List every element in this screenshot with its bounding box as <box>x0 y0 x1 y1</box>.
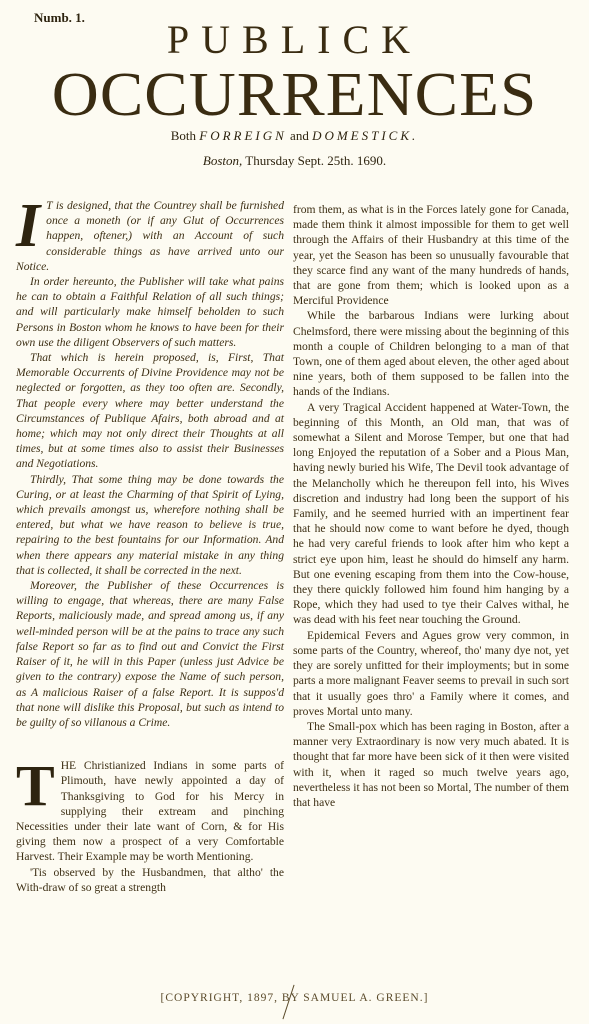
article-paragraph: Moreover, the Publisher of these Occurre… <box>16 578 284 730</box>
article-paragraph: A very Tragical Accident happened at Wat… <box>293 400 569 628</box>
article-paragraph: While the barbarous Indians were lurking… <box>293 308 569 399</box>
newspaper-page: Numb. 1. PUBLICK OCCURRENCES Both FORREI… <box>0 0 589 1024</box>
subtitle-foreign: FORREIGN <box>199 128 287 143</box>
masthead-title-occurrences: OCCURRENCES <box>0 64 589 126</box>
subtitle-and: and <box>290 128 309 143</box>
masthead-subtitle: Both FORREIGN and DOMESTICK. <box>0 128 589 144</box>
article-paragraph: In order hereunto, the Publisher will ta… <box>16 274 284 350</box>
subtitle-domestic: DOMESTICK. <box>312 128 418 143</box>
left-column: IT is designed, that the Countrey shall … <box>16 198 284 895</box>
article-paragraph: The Small-pox which has been raging in B… <box>293 719 569 810</box>
subtitle-prefix: Both <box>171 128 196 143</box>
dateline: Boston, Thursday Sept. 25th. 1690. <box>0 153 589 169</box>
drop-cap-t: T <box>16 762 55 810</box>
article-paragraph: 'Tis observed by the Husbandmen, that al… <box>16 865 284 895</box>
drop-cap-i: I <box>16 200 40 252</box>
article-paragraph: That which is herein proposed, is, First… <box>16 350 284 472</box>
dateline-date: Thursday Sept. 25th. 1690. <box>245 153 386 168</box>
article-paragraph: from them, as what is in the Forces late… <box>293 202 569 308</box>
copyright-footer: [COPYRIGHT, 1897, BY SAMUEL A. GREEN.] <box>0 992 589 1004</box>
thanksgiving-article: THE Christianized Indians in some parts … <box>16 758 284 895</box>
right-column: from them, as what is in the Forces late… <box>293 202 569 810</box>
article-paragraph: THE Christianized Indians in some parts … <box>16 758 284 864</box>
article-paragraph: Thirdly, That some thing may be done tow… <box>16 472 284 578</box>
dateline-place: Boston, <box>203 153 242 168</box>
article-paragraph: IT is designed, that the Countrey shall … <box>16 198 284 274</box>
masthead-title-publick: PUBLICK <box>0 20 589 60</box>
article-paragraph: Epidemical Fevers and Agues grow very co… <box>293 628 569 719</box>
